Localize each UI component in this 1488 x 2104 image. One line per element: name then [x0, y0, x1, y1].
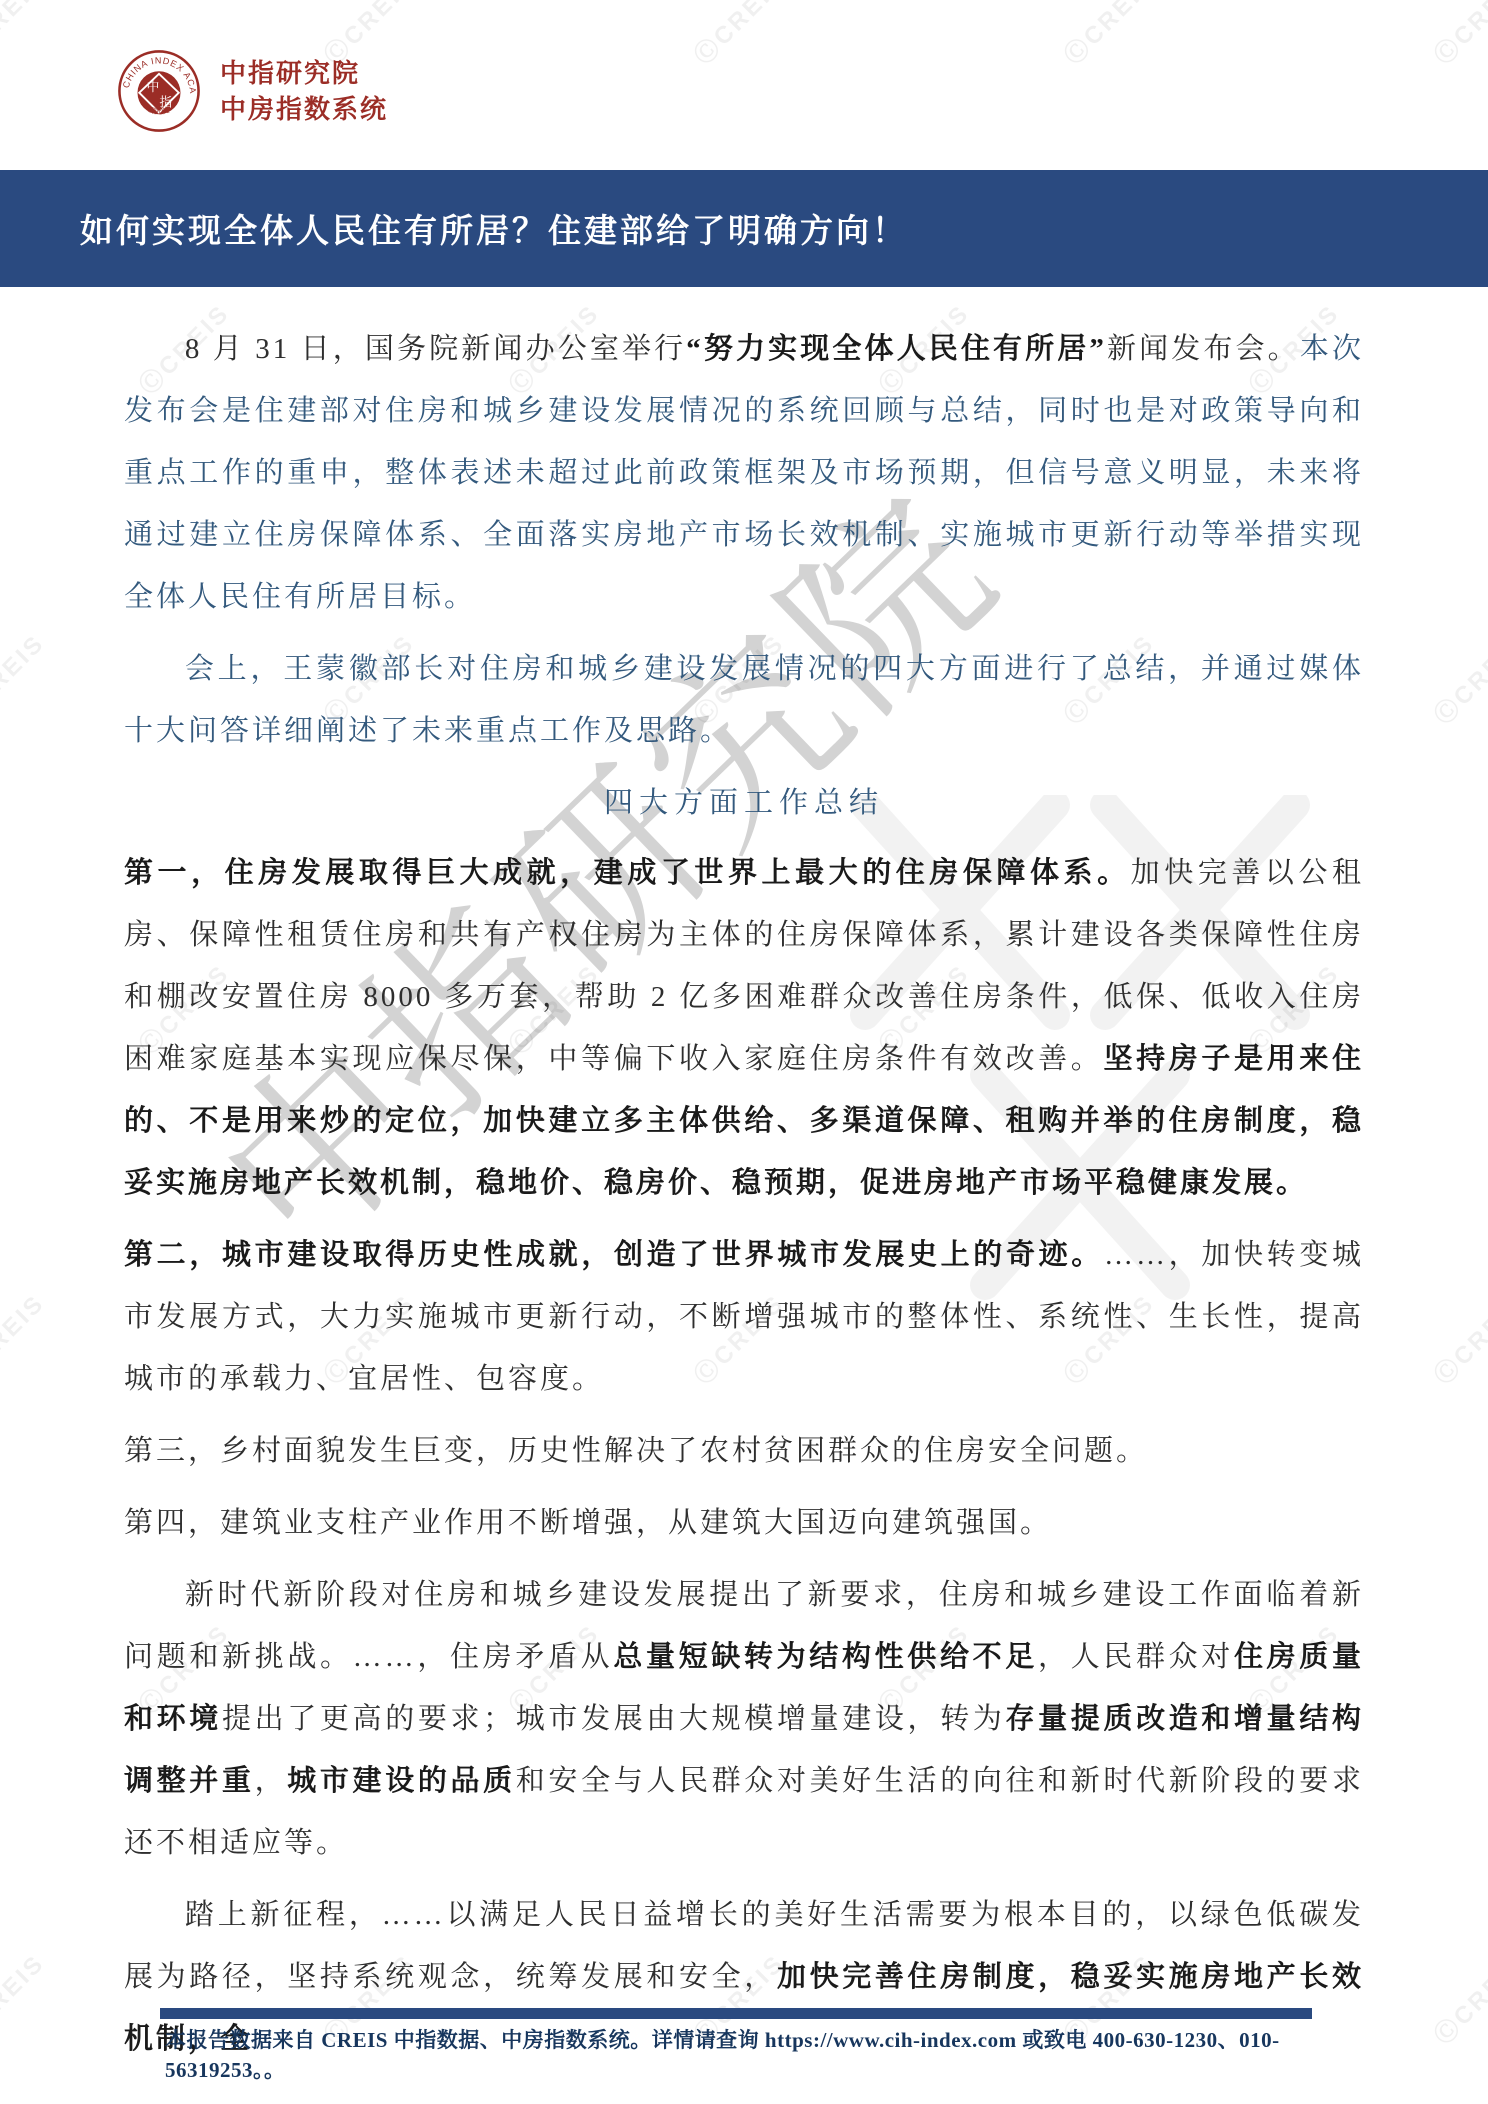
document-body: 8 月 31 日，国务院新闻办公室举行“努力实现全体人民住有所居”新闻发布会。本…: [124, 318, 1364, 2080]
creis-watermark: ⒸCREIS: [0, 1284, 51, 1390]
text-run: ，人民群众对: [1038, 1641, 1234, 1673]
creis-watermark: ⒸCREIS: [1425, 1944, 1488, 2050]
creis-watermark: ⒸCREIS: [685, 0, 791, 71]
page-title: 如何实现全体人民住有所居？住建部给了明确方向！: [0, 205, 908, 252]
report-page: 中指研究院 ⒸCREISⒸCREISⒸCREISⒸCREISⒸCREISⒸCRE…: [0, 0, 1488, 2104]
brand-text: 中指研究院 中房指数系统: [220, 55, 388, 127]
creis-watermark: ⒸCREIS: [1425, 0, 1488, 71]
text-run: 会上，王蒙徽部长对住房和城乡建设发展情况的四大方面进行了总结，并通过媒体十大问答…: [124, 653, 1364, 747]
para-intro: 8 月 31 日，国务院新闻办公室举行“努力实现全体人民住有所居”新闻发布会。本…: [124, 318, 1364, 628]
para-minister-summary: 会上，王蒙徽部长对住房和城乡建设发展情况的四大方面进行了总结，并通过媒体十大问答…: [124, 638, 1364, 762]
brand-block: CHINA INDEX ACADEMY 中 指 研究院 中指研究院 中房指数系统: [116, 48, 388, 134]
creis-watermark: ⒸCREIS: [0, 624, 51, 730]
text-run: 8 月 31 日，国务院新闻办公室举行: [185, 333, 686, 365]
text-run: 新闻发布会。: [1107, 333, 1300, 365]
creis-watermark: ⒸCREIS: [0, 0, 51, 71]
china-index-academy-seal-icon: CHINA INDEX ACADEMY 中 指 研究院: [116, 48, 202, 134]
text-run: 四大方面工作总结: [604, 787, 884, 819]
title-banner: 如何实现全体人民住有所居？住建部给了明确方向！: [0, 170, 1488, 287]
text-run: 第一，住房发展取得巨大成就，建成了世界上最大的住房保障体系。: [124, 857, 1131, 889]
para-second: 第二，城市建设取得历史性成就，创造了世界城市发展史上的奇迹。……，加快转变城市发…: [124, 1224, 1364, 1410]
creis-watermark: ⒸCREIS: [1425, 1284, 1488, 1390]
brand-system-name: 中房指数系统: [220, 91, 388, 127]
creis-watermark: ⒸCREIS: [1425, 624, 1488, 730]
text-run: 第二，城市建设取得历史性成就，创造了世界城市发展史上的奇迹。: [124, 1239, 1104, 1271]
creis-watermark: ⒸCREIS: [0, 1944, 51, 2050]
seal-center-char-1: 中: [147, 79, 160, 94]
text-run: 提出了更高的要求；城市发展由大规模增量建设，转为: [222, 1703, 1006, 1735]
text-run: “努力实现全体人民住有所居”: [686, 333, 1107, 365]
text-run: 第三，乡村面貌发生巨变，历史性解决了农村贫困群众的住房安全问题。: [124, 1435, 1148, 1467]
heading-four-aspects: 四大方面工作总结: [124, 772, 1364, 834]
text-run: ，: [255, 1765, 288, 1797]
text-run: 城市建设的品质: [287, 1765, 516, 1797]
creis-watermark: ⒸCREIS: [1055, 0, 1161, 71]
brand-org-name: 中指研究院: [220, 55, 388, 91]
text-run: 第四，建筑业支柱产业作用不断增强，从建筑大国迈向建筑强国。: [124, 1507, 1052, 1539]
para-third: 第三，乡村面貌发生巨变，历史性解决了农村贫困群众的住房安全问题。: [124, 1420, 1364, 1482]
para-first: 第一，住房发展取得巨大成就，建成了世界上最大的住房保障体系。加快完善以公租房、保…: [124, 842, 1364, 1214]
text-run: 本次发布会是住建部对住房和城乡建设发展情况的系统回顾与总结，同时也是对政策导向和…: [124, 333, 1364, 613]
footer-note: 本报告数据来自 CREIS 中指数据、中房指数系统。详情请查询 https://…: [165, 2024, 1365, 2084]
para-new-era: 新时代新阶段对住房和城乡建设发展提出了新要求，住房和城乡建设工作面临着新问题和新…: [124, 1564, 1364, 1874]
footer-divider-bar: [160, 2008, 1312, 2019]
text-run: 总量短缺转为结构性供给不足: [613, 1641, 1038, 1673]
para-fourth: 第四，建筑业支柱产业作用不断增强，从建筑大国迈向建筑强国。: [124, 1492, 1364, 1554]
